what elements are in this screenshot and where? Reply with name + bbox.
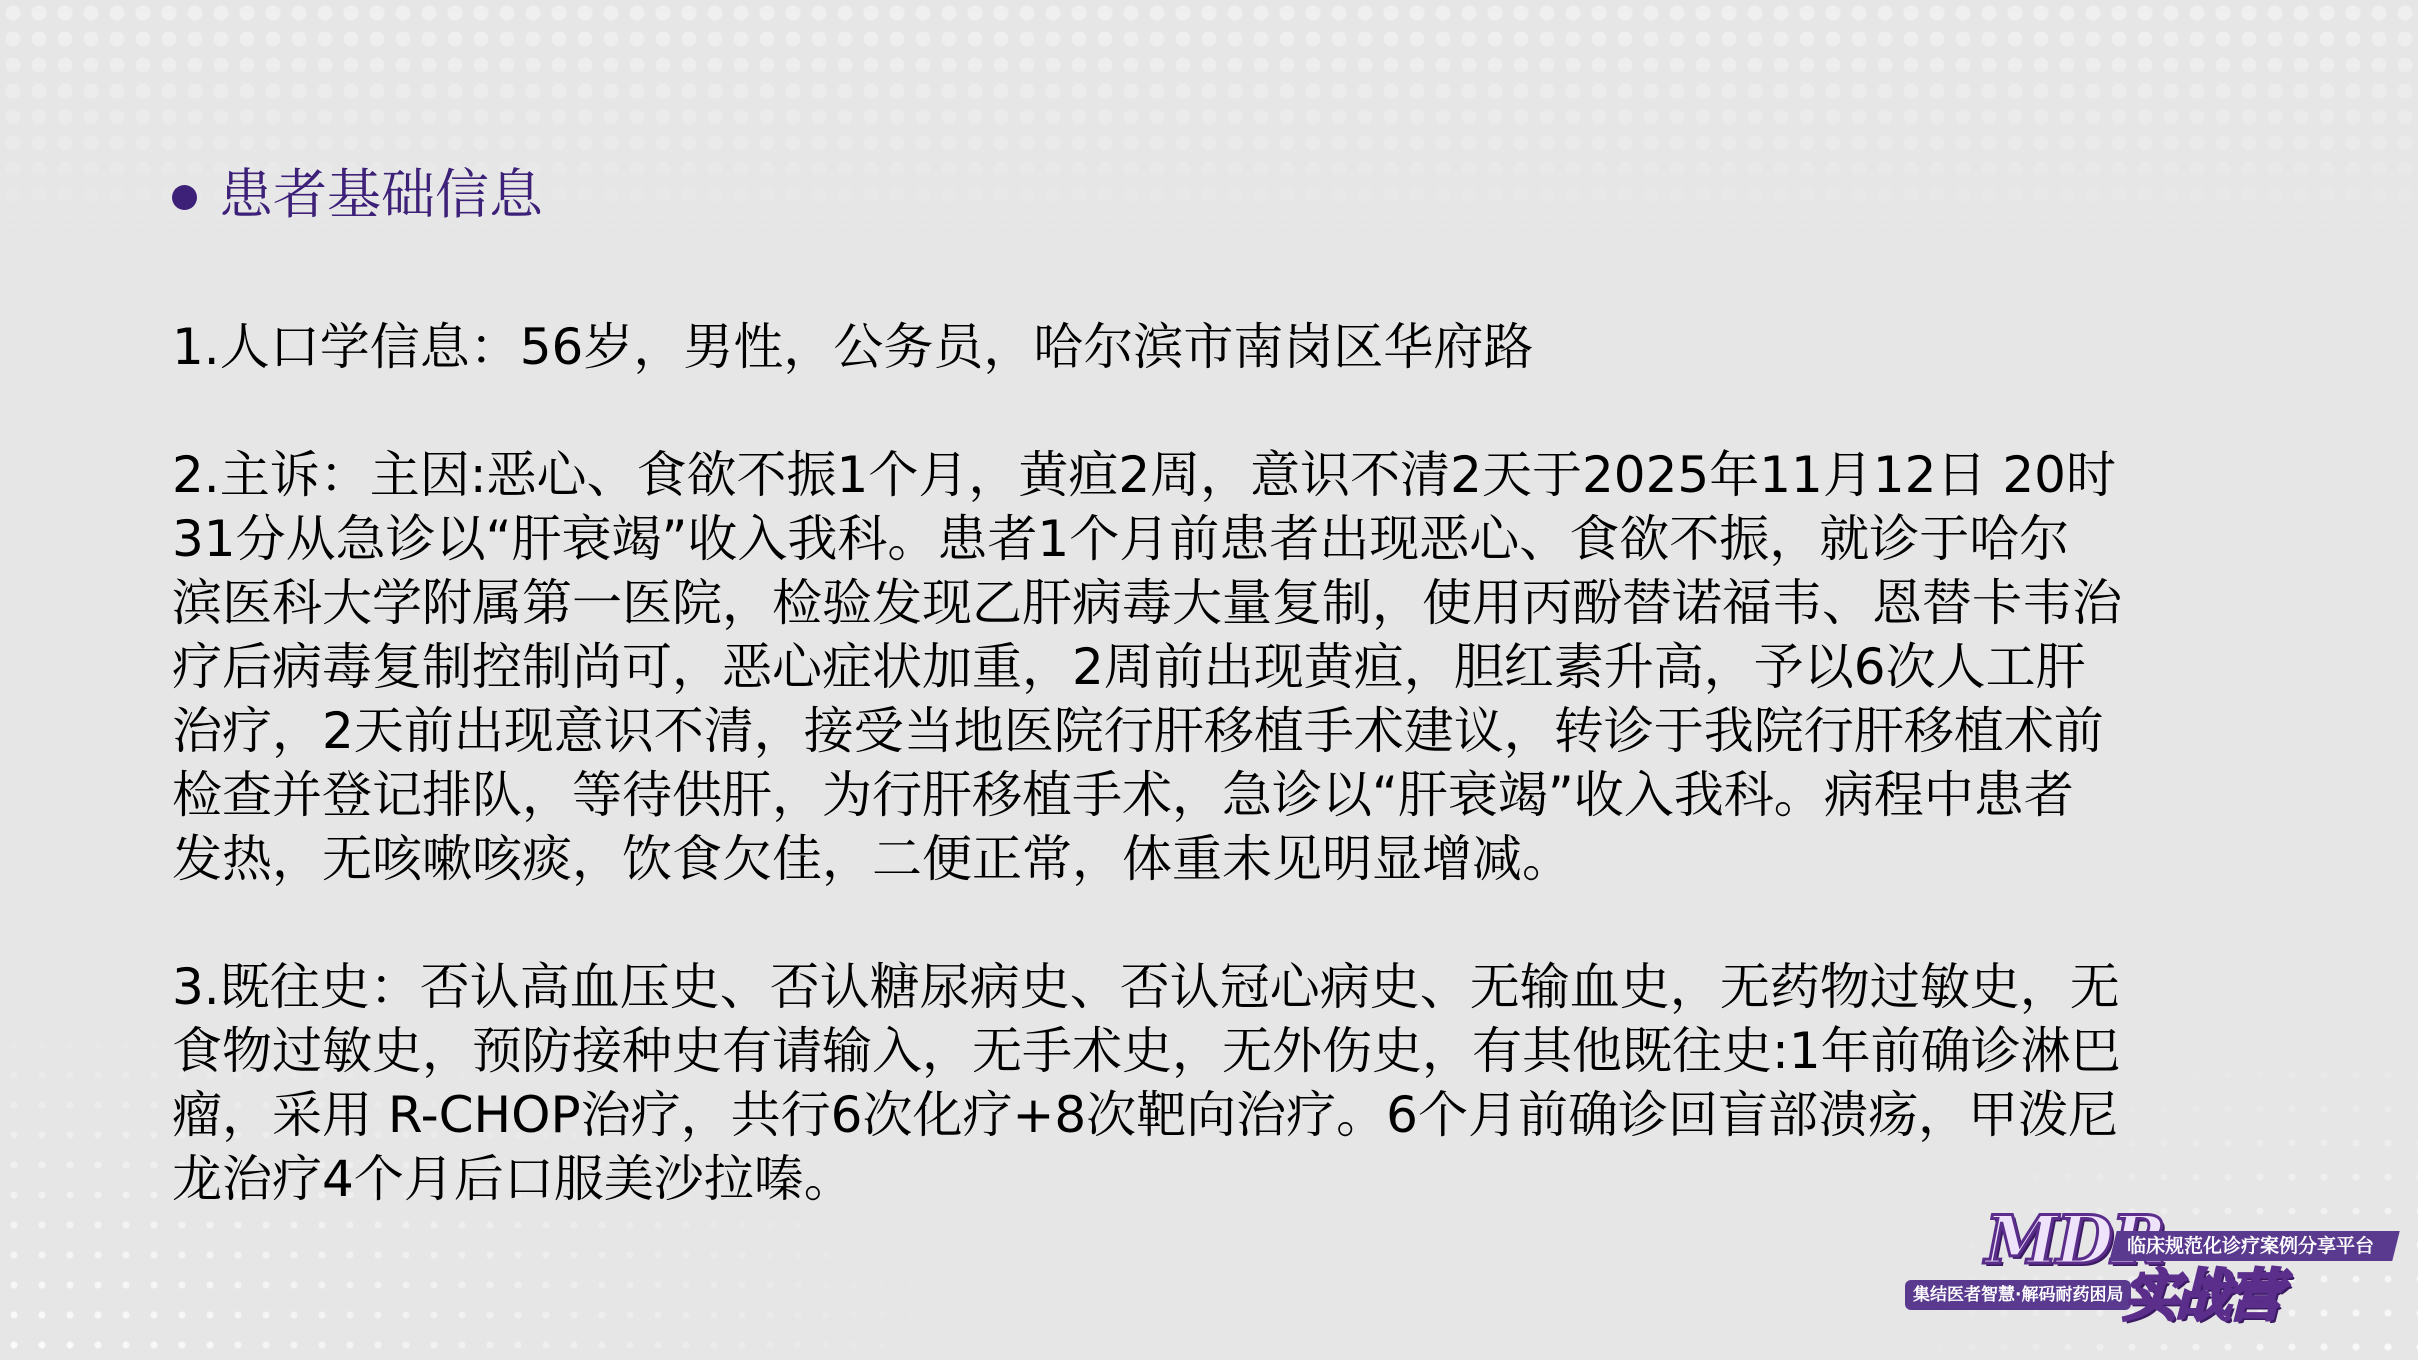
text-line: 龙治疗4个月后口服美沙拉嗪。 xyxy=(172,1147,2262,1211)
text-line: 检查并登记排队，等待供肝，为行肝移植手术，急诊以“肝衰竭”收入我科。病程中患者 xyxy=(172,763,2262,827)
text-line: 发热，无咳嗽咳痰，饮食欠佳，二便正常，体重未见明显增减。 xyxy=(172,827,2262,891)
past-history-paragraph: 3.既往史：否认高血压史、否认糖尿病史、否认冠心病史、无输血史，无药物过敏史，无… xyxy=(172,955,2262,1211)
text-line: 2.主诉：主因:恶心、食欲不振1个月，黄疸2周，意识不清2天于2025年11月1… xyxy=(172,443,2262,507)
chief-complaint-paragraph: 2.主诉：主因:恶心、食欲不振1个月，黄疸2周，意识不清2天于2025年11月1… xyxy=(172,443,2262,891)
slide-content: 1.人口学信息：56岁，男性，公务员，哈尔滨市南岗区华府路 2.主诉：主因:恶心… xyxy=(172,315,2262,1211)
text-line: 瘤，采用 R-CHOP治疗，共行6次化疗+8次靶向治疗。6个月前确诊回盲部溃疡，… xyxy=(172,1083,2262,1147)
section-title: 患者基础信息 xyxy=(219,160,543,230)
logo-tagline-banner: 临床规范化诊疗案例分享平台 xyxy=(2109,1231,2399,1261)
text-line: 食物过敏史，预防接种史有请输入，无手术史，无外伤史，有其他既往史:1年前确诊淋巴 xyxy=(172,1019,2262,1083)
paragraph-spacer xyxy=(172,891,2262,955)
text-line: 滨医科大学附属第一医院，检验发现乙肝病毒大量复制，使用丙酚替诺福韦、恩替卡韦治 xyxy=(172,571,2262,635)
mdr-logo: MDR 临床规范化诊疗案例分享平台 集结医者智慧·解码耐药困局 实战营 xyxy=(1905,1205,2395,1335)
logo-slogan: 集结医者智慧·解码耐药困局 xyxy=(1905,1280,2131,1310)
text-line: 1.人口学信息：56岁，男性，公务员，哈尔滨市南岗区华府路 xyxy=(172,315,2262,379)
logo-name: 实战营 xyxy=(2123,1263,2279,1331)
section-heading: 患者基础信息 xyxy=(172,160,543,230)
paragraph-spacer xyxy=(172,379,2262,443)
text-line: 治疗，2天前出现意识不清，接受当地医院行肝移植手术建议，转诊于我院行肝移植术前 xyxy=(172,699,2262,763)
text-line: 31分从急诊以“肝衰竭”收入我科。患者1个月前患者出现恶心、食欲不振，就诊于哈尔 xyxy=(172,507,2262,571)
text-line: 疗后病毒复制控制尚可，恶心症状加重，2周前出现黄疸，胆红素升高，予以6次人工肝 xyxy=(172,635,2262,699)
text-line: 3.既往史：否认高血压史、否认糖尿病史、否认冠心病史、无输血史，无药物过敏史，无 xyxy=(172,955,2262,1019)
demographics-paragraph: 1.人口学信息：56岁，男性，公务员，哈尔滨市南岗区华府路 xyxy=(172,315,2262,379)
bullet-icon xyxy=(172,185,197,210)
logo-tagline: 临床规范化诊疗案例分享平台 xyxy=(2127,1231,2374,1261)
